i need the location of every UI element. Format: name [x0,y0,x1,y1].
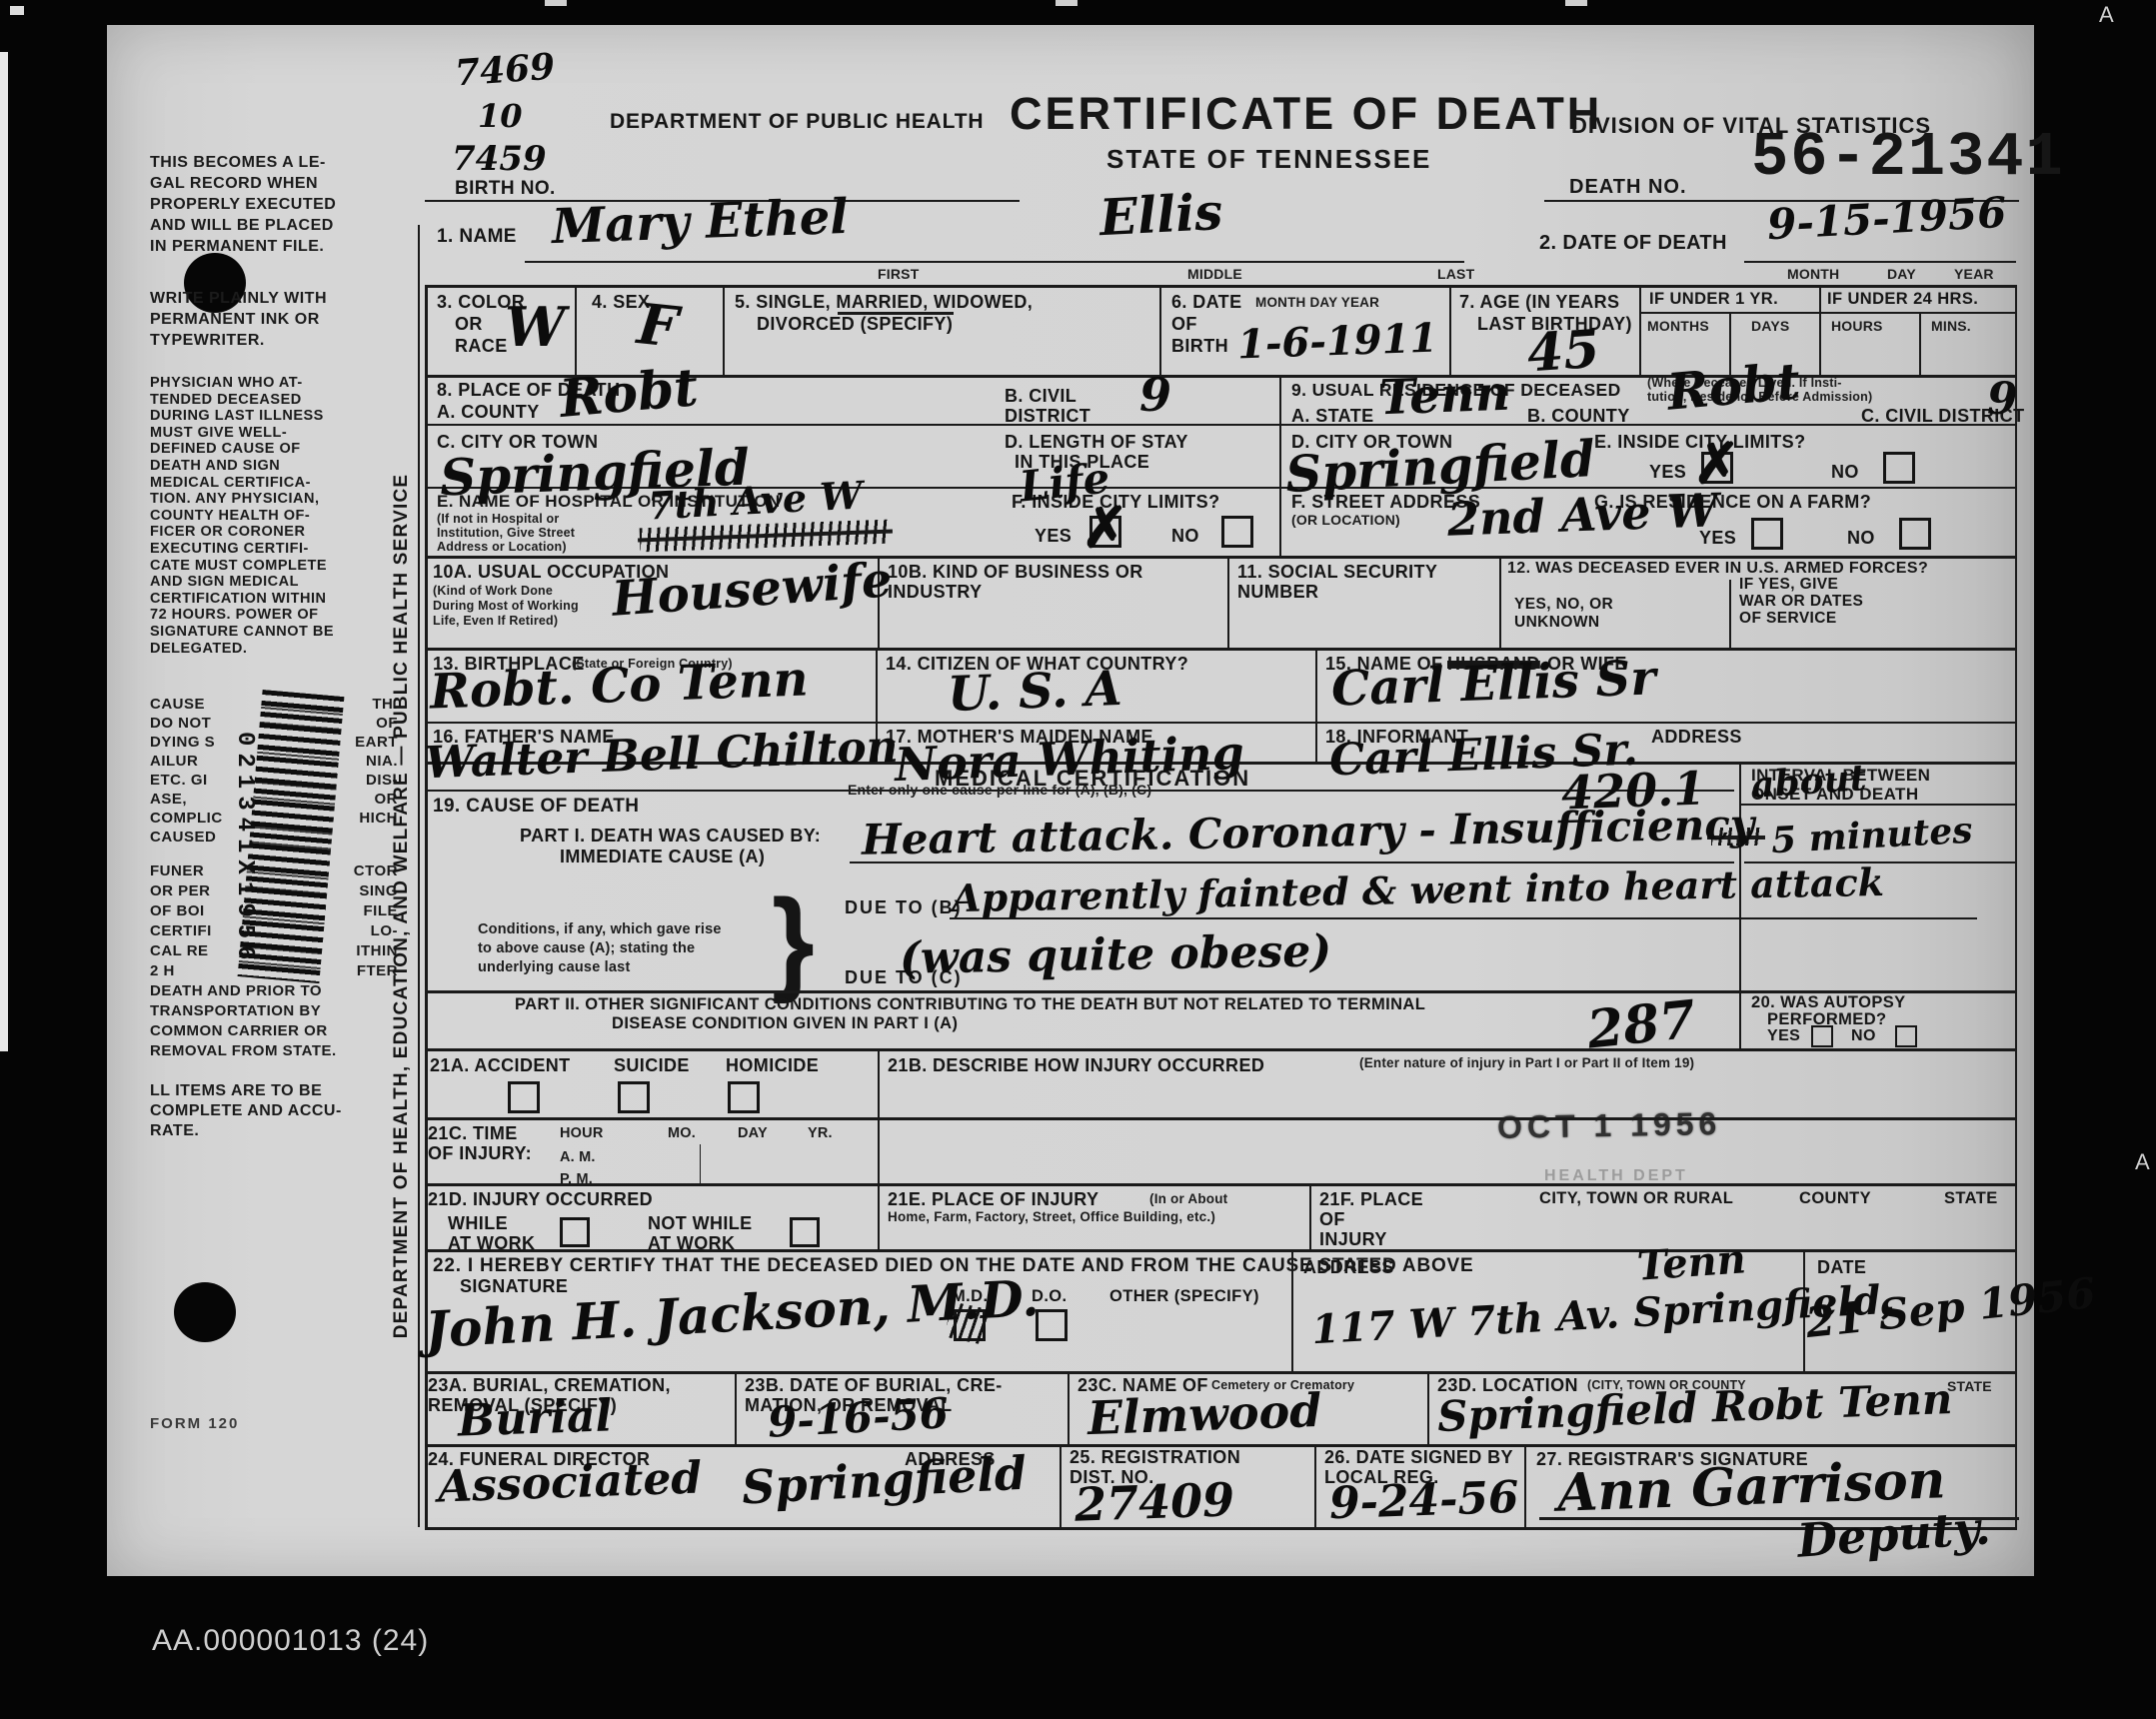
autopsy-no-label: NO [1851,1027,1876,1045]
dob-sublabel: MONTH DAY YEAR [1255,295,1379,310]
penciled-number-1: 7469 [454,49,556,92]
place-f-label-2: OF [1319,1209,1345,1230]
film-mark [1056,0,1078,6]
name-label: 1. NAME [437,226,517,248]
armed-forces-unknown: UNKNOWN [1514,614,1599,632]
cert-address-state-value: Tenn [1636,1239,1747,1286]
yr-label: YR. [808,1125,833,1141]
rule [418,225,420,1527]
first-sublabel: FIRST [878,266,919,282]
place-f-label: 21F. PLACE [1319,1189,1423,1210]
date-signed-value: 9-24-56 [1328,1476,1519,1527]
res-farm-no-checkbox [1899,518,1931,550]
margin-note-legal-record: THIS BECOMES A LE-GAL RECORD WHENPROPERL… [150,152,398,257]
rule [425,1249,2017,1252]
registration-dist-label: 25. REGISTRATION [1070,1447,1240,1468]
film-footer-id: AA.000001013 (24) [152,1624,429,1658]
pod-hospital-small-1: (If not in Hospital or [437,512,559,526]
married-underline [838,312,954,315]
months-label: MONTHS [1647,318,1709,334]
name-surname-value: Ellis [1098,187,1224,243]
pod-civil-label: B. CIVIL [1005,386,1077,407]
conditions-note-2: to above cause (A); stating the [478,940,695,956]
autopsy-yes-label: YES [1767,1027,1800,1045]
rule [1315,648,1317,722]
place-of-injury-label: 21E. PLACE OF INJURY [888,1189,1098,1210]
res-state-value: Tenn [1378,370,1510,423]
rule [1729,580,1731,648]
rule [1919,312,1921,375]
rule [1309,1183,1311,1249]
homicide-label: HOMICIDE [726,1055,819,1076]
rule [723,285,725,375]
barcode-number: 021341X1956 [231,732,258,966]
punch-hole [174,1282,236,1342]
rule [425,556,2017,559]
rule [1291,1249,1293,1371]
res-limits-no-label: NO [1831,462,1859,483]
rule [1819,312,2015,314]
pod-civil-value: 9 [1139,372,1171,418]
mother-value: Nora Whiting [894,730,1244,788]
rule [735,1371,737,1444]
film-mark [10,6,24,15]
hour-label: HOUR [560,1125,604,1141]
rule [425,1048,2017,1051]
suicide-label: SUICIDE [614,1055,690,1076]
rule [1279,375,1281,556]
place-of-injury-note-2: Home, Farm, Factory, Street, Office Buil… [888,1209,1215,1224]
rule [1739,990,1741,1048]
part1-label: PART I. DEATH WAS CAUSED BY: [520,826,821,847]
citizen-value: U. S. A [947,665,1122,719]
accident-label: 21A. ACCIDENT [430,1055,571,1076]
rule [425,1527,2017,1530]
rule [876,648,878,722]
margin-note-physician: PHYSICIAN WHO AT-TENDED DECEASEDDURING L… [150,375,398,657]
sex-value: F [635,296,680,356]
pod-hospital-small-2: Institution, Give Street [437,526,575,540]
not-while-at-work-checkbox [790,1217,820,1247]
cert-address-label: ADDRESS [1303,1257,1394,1278]
year-sublabel: YEAR [1954,266,1994,282]
rule [1068,1371,1070,1444]
cemetery-value: Elmwood [1086,1387,1322,1441]
accident-checkbox [508,1081,540,1113]
color-label-3: RACE [455,336,508,357]
rule [1281,424,2015,426]
interval-about-value: about [1750,760,1868,804]
time-of-injury-label-2: OF INJURY: [428,1143,532,1164]
part2-label-2: DISEASE CONDITION GIVEN IN PART I (A) [612,1014,958,1033]
month-sublabel: MONTH [1787,266,1839,282]
armed-forces-ifyes-2: WAR OR DATES [1739,593,1863,611]
penciled-number-2: 10 [478,100,523,132]
burial-date-value: 9-16-56 [767,1392,950,1443]
film-mark [545,0,567,6]
spouse-value: Carl Ellis Sr [1330,654,1656,713]
day-label: DAY [738,1125,768,1141]
county-col: COUNTY [1799,1189,1871,1208]
time-of-injury-label: 21C. TIME [428,1123,518,1144]
death-no-label: DEATH NO. [1569,176,1687,199]
date-of-death-value: 9-15-1956 [1766,192,2007,246]
res-civil-value: 9 [1987,378,2018,422]
describe-injury-label: 21B. DESCRIBE HOW INJURY OCCURRED [888,1055,1264,1076]
age-label: 7. AGE (IN YEARS [1459,292,1619,313]
cause-of-death-label: 19. CAUSE OF DEATH [433,796,639,818]
pod-county-label: A. COUNTY [437,402,540,423]
state-title: STATE OF TENNESSEE [1106,144,1431,175]
business-label-2: INDUSTRY [888,582,983,603]
pod-stay-label: D. LENGTH OF STAY [1005,432,1188,453]
armed-forces-label: 12. WAS DECEASED EVER IN U.S. ARMED FORC… [1507,560,1928,578]
autopsy-yes-checkbox [1811,1025,1833,1047]
rule [1524,1444,1526,1527]
rule [1819,285,1821,375]
microfilm-scan: A A AA.000001013 (24) THIS BECOMES A LE-… [0,0,2156,1719]
pod-limits-no-label: NO [1171,526,1199,547]
days-label: DAYS [1751,318,1789,334]
rule [425,648,2017,651]
conditions-note-1: Conditions, if any, which gave rise [478,921,722,937]
dob-label-3: BIRTH [1171,336,1228,357]
city-town-rural-col: CITY, TOWN OR RURAL [1539,1189,1733,1208]
state-col: STATE [1944,1189,1998,1208]
rule [425,1117,2017,1120]
rule [1499,556,1501,648]
rule [525,261,1464,263]
res-farm-no-label: NO [1847,528,1875,549]
pod-hospital-value: 7th Ave W [647,476,864,525]
dob-label-2: OF [1171,314,1197,335]
suicide-checkbox [618,1081,650,1113]
marital-label-2: DIVORCED (SPECIFY) [757,314,953,335]
pod-limits-no-checkbox [1221,516,1253,548]
death-number: 56-21341 [1751,122,2065,193]
rule [1314,1444,1316,1527]
rule [575,285,577,375]
burial-value: Burial [457,1394,613,1443]
margin-note-write-plainly: WRITE PLAINLY WITHPERMANENT INK ORTYPEWR… [150,288,398,351]
under-24hr-label: IF UNDER 24 HRS. [1827,290,1978,309]
conditions-note-3: underlying cause last [478,959,630,975]
margin-note-all-items: LL ITEMS ARE TO BECOMPLETE AND ACCU-RATE… [150,1081,398,1141]
injury-occurred-label: 21D. INJURY OCCURRED [428,1189,653,1210]
rule [425,1183,2017,1186]
res-farm-yes-checkbox [1751,518,1783,550]
film-corner-letter: A [2099,2,2115,28]
registration-dist-value: 27409 [1074,1476,1235,1528]
mins-label: MINS. [1931,318,1971,334]
rule [1315,722,1317,762]
res-limits-no-checkbox [1883,452,1915,484]
rule [1060,1444,1062,1527]
res-street-label-2: (OR LOCATION) [1291,512,1400,528]
rule [878,1183,880,1249]
color-label-2: OR [455,314,483,335]
funeral-director-value: Associated [437,1456,703,1509]
age-value: 45 [1525,324,1601,381]
department-label: DEPARTMENT OF PUBLIC HEALTH [610,110,984,134]
business-label: 10B. KIND OF BUSINESS OR [888,562,1143,583]
pod-county-value: Robt [558,362,700,426]
form-number: FORM 120 [150,1415,239,1432]
location-state-label: STATE [1947,1378,1992,1394]
not-while-label: NOT WHILE [648,1213,753,1234]
rule [425,722,2017,724]
color-value: W [505,300,566,354]
hours-label: HOURS [1831,318,1883,334]
pod-limits-yes-label: YES [1035,526,1072,547]
autopsy-no-checkbox [1895,1025,1917,1047]
film-edge-strip [0,52,8,1051]
rule [1159,285,1161,375]
while-label: WHILE [448,1213,508,1234]
under-1yr-label: IF UNDER 1 YR. [1649,290,1778,309]
immediate-cause-label: IMMEDIATE CAUSE (A) [560,847,765,867]
informant-address-label: ADDRESS [1651,727,1742,748]
armed-forces-ifyes-3: OF SERVICE [1739,610,1837,628]
cert-date-label: DATE [1817,1257,1866,1278]
place-of-injury-note-1: (In or About [1149,1191,1227,1206]
res-county-value: Robt [1665,356,1802,417]
part2-label-1: PART II. OTHER SIGNIFICANT CONDITIONS CO… [515,995,1425,1014]
armed-forces-yes-no: YES, NO, OR [1514,596,1613,614]
armed-forces-ifyes-1: IF YES, GIVE [1739,576,1838,594]
rule [1427,1371,1429,1444]
informant-value: Carl Ellis Sr. [1328,729,1638,784]
pod-hospital-small-3: Address or Location) [437,540,567,554]
describe-injury-note: (Enter nature of injury in Part I or Par… [1359,1055,1694,1070]
day-sublabel: DAY [1887,266,1916,282]
ssn-label: 11. SOCIAL SECURITY [1237,562,1437,583]
certificate-title: CERTIFICATE OF DEATH [1010,88,1602,140]
res-limits-yes-label: YES [1649,462,1686,483]
rule [1227,556,1229,648]
vertical-agency-text: DEPARTMENT OF HEALTH, EDUCATION, AND WEL… [391,285,413,1527]
rule [878,1048,880,1183]
due-to-b-label: DUE TO (B) [845,897,963,918]
homicide-checkbox [728,1081,760,1113]
rule [425,285,2017,288]
mo-label: MO. [668,1125,696,1141]
interval-a-value: 5 minutes [1770,813,1973,859]
fd-address-value: Springfield [741,1450,1028,1511]
am-label: A. M. [560,1149,596,1165]
place-f-label-3: INJURY [1319,1229,1387,1250]
occupation-small-3: Life, Even If Retired) [433,614,558,628]
name-given-value: Mary Ethel [551,193,849,251]
registrar-deputy-value: Deputy. [1796,1504,1992,1563]
last-sublabel: LAST [1437,266,1474,282]
received-date-stamp: OCT 1 1956 [1497,1105,1722,1146]
occupation-small-1: (Kind of Work Done [433,584,553,598]
rule [2015,285,2017,1527]
while-at-work-checkbox [560,1217,590,1247]
rule [425,1371,2017,1374]
film-mark [1565,0,1587,6]
pod-stay-value: Life [1018,457,1111,508]
rule [1744,261,2016,263]
rule [425,424,1279,426]
other-specify-label: OTHER (SPECIFY) [1109,1287,1259,1306]
rule [1449,285,1451,375]
middle-sublabel: MIDDLE [1187,266,1242,282]
rule [1639,285,1641,375]
penciled-number-3: 7459 [452,142,547,176]
res-street-value: 2nd Ave W [1446,487,1719,542]
brace-icon: } [772,882,815,998]
rule [700,1144,701,1183]
dob-value: 1-6-1911 [1236,319,1437,366]
occupation-small-2: During Most of Working [433,599,579,613]
birthplace-value: Robt. Co Tenn [429,655,809,716]
cause-c-value: (was quite obese) [900,929,1332,981]
film-corner-letter: A [2135,1149,2151,1175]
check-x-icon: ✗ [1081,500,1128,556]
date-signed-label: 26. DATE SIGNED BY [1324,1447,1513,1468]
ssn-label-2: NUMBER [1237,582,1318,603]
dob-label: 6. DATE [1171,292,1241,313]
birth-no-label: BIRTH NO. [455,178,556,200]
marital-label: 5. SINGLE, MARRIED, WIDOWED, [735,292,1033,313]
date-of-death-label: 2. DATE OF DEATH [1539,232,1727,255]
